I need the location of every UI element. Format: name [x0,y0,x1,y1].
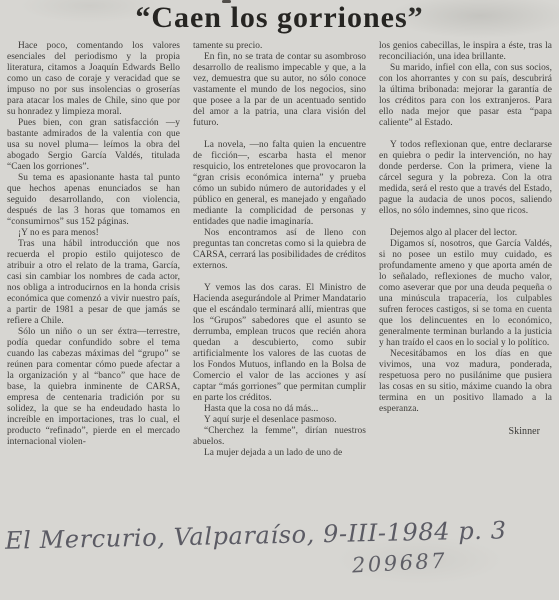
paragraph: La mujer dejada a un lado de uno de [193,448,366,459]
paragraph: La novela, —no falta quien la encuentre … [193,140,366,228]
paragraph: los genios cabecillas, le inspira a éste… [379,41,552,63]
paragraph: Y vemos las dos caras. El Ministro de Ha… [193,283,366,404]
paragraph: Sólo un niño o un ser éxtra—terrestre, p… [7,327,180,448]
handwritten-archive-number: 209687 [351,549,447,578]
newspaper-clipping: “Caen los gorriones” Hace poco, comentan… [0,0,559,600]
paragraph: Necesitábamos en los días en que vivimos… [379,349,552,415]
paragraph: tamente su precio. [193,41,366,52]
author-signature: Skinner [379,426,552,437]
article-title: “Caen los gorriones” [0,1,559,35]
column-1: Hace poco, comentando los valores esenci… [7,41,180,459]
article-body: Hace poco, comentando los valores esenci… [0,41,559,459]
paragraph: Hasta que la cosa no dá más... [193,404,366,415]
paragraph: Nos encontramos así de lleno con pregunt… [193,228,366,272]
paragraph: Digamos sí, nosotros, que García Valdés,… [379,239,552,349]
paragraph: ¡Y no es para menos! [7,228,180,239]
paragraph: “Cherchez la femme”, dirían nuestros abu… [193,426,366,448]
paragraph: Hace poco, comentando los valores esenci… [7,41,180,118]
paragraph: Su tema es apasionante hasta tal punto q… [7,173,180,228]
column-2: tamente su precio. En fin, no se trata d… [193,41,366,459]
paragraph: Dejemos algo al placer del lector. [379,228,552,239]
paragraph: Su marido, infiel con ella, con sus soci… [379,63,552,129]
scan-artifact [222,0,231,3]
column-3: los genios cabecillas, le inspira a éste… [379,41,552,459]
paragraph: Pues bien, con gran satisfacción —y bast… [7,118,180,173]
paragraph: Y aquí surje el desenlace pasmoso. [193,415,366,426]
paragraph: Tras una hábil introducción que nos recu… [7,239,180,327]
paragraph: Y todos reflexionan que, entre declarars… [379,140,552,217]
paragraph: En fin, no se trata de contar su asombro… [193,52,366,129]
handwritten-source-annotation: El Mercurio, Valparaíso, 9-III-1984 p. 3 [5,515,557,555]
